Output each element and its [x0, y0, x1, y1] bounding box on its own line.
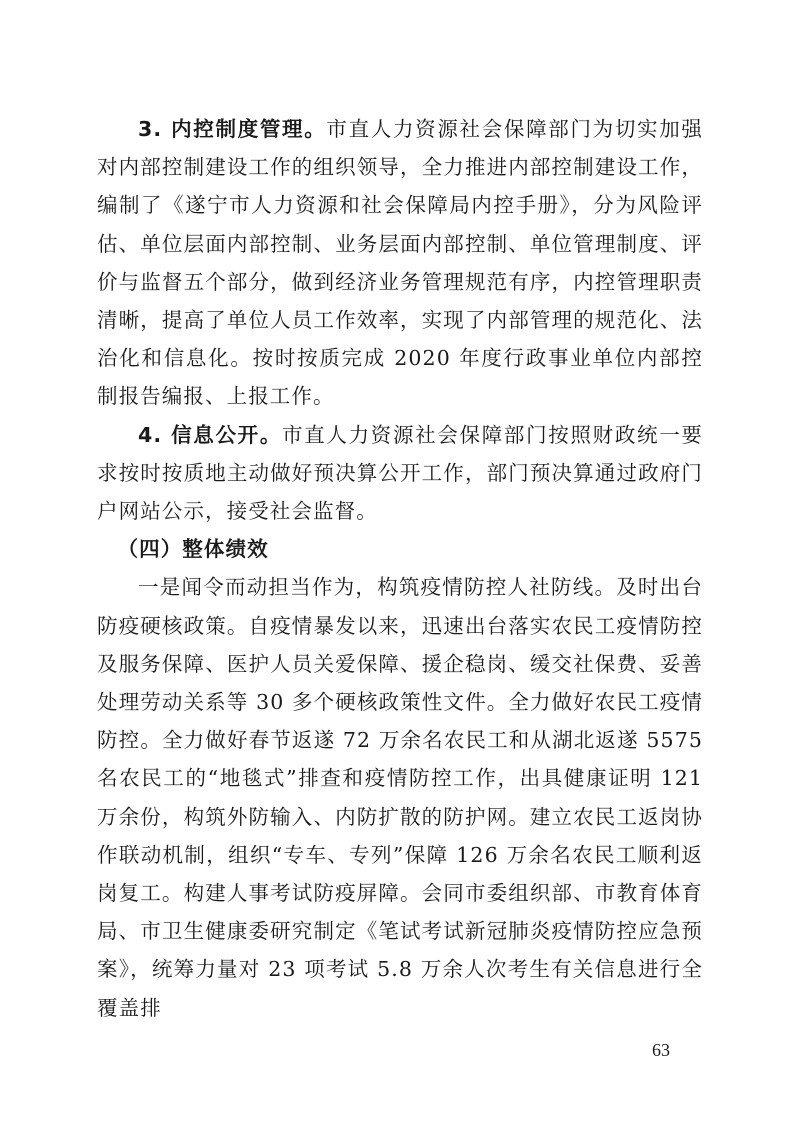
- section-lead-internal-control: 3. 内控制度管理。: [138, 117, 326, 141]
- paragraph-internal-control: 3. 内控制度管理。市直人力资源社会保障部门为切实加强对内部控制建设工作的组织领…: [97, 110, 703, 416]
- paragraph-information-disclosure: 4. 信息公开。市直人力资源社会保障部门按照财政统一要求按时按质地主动做好预决算…: [97, 416, 703, 531]
- page-number: 63: [652, 1040, 670, 1061]
- section-body-internal-control: 市直人力资源社会保障部门为切实加强对内部控制建设工作的组织领导，全力推进内部控制…: [97, 117, 703, 408]
- document-page: 3. 内控制度管理。市直人力资源社会保障部门为切实加强对内部控制建设工作的组织领…: [97, 110, 703, 1027]
- paragraph-overall-performance: 一是闻令而动担当作为，构筑疫情防控人社防线。及时出台防疫硬核政策。自疫情暴发以来…: [97, 568, 703, 1026]
- section-lead-information-disclosure: 4. 信息公开。: [138, 423, 282, 447]
- section-heading-overall-performance: （四）整体绩效: [97, 530, 703, 568]
